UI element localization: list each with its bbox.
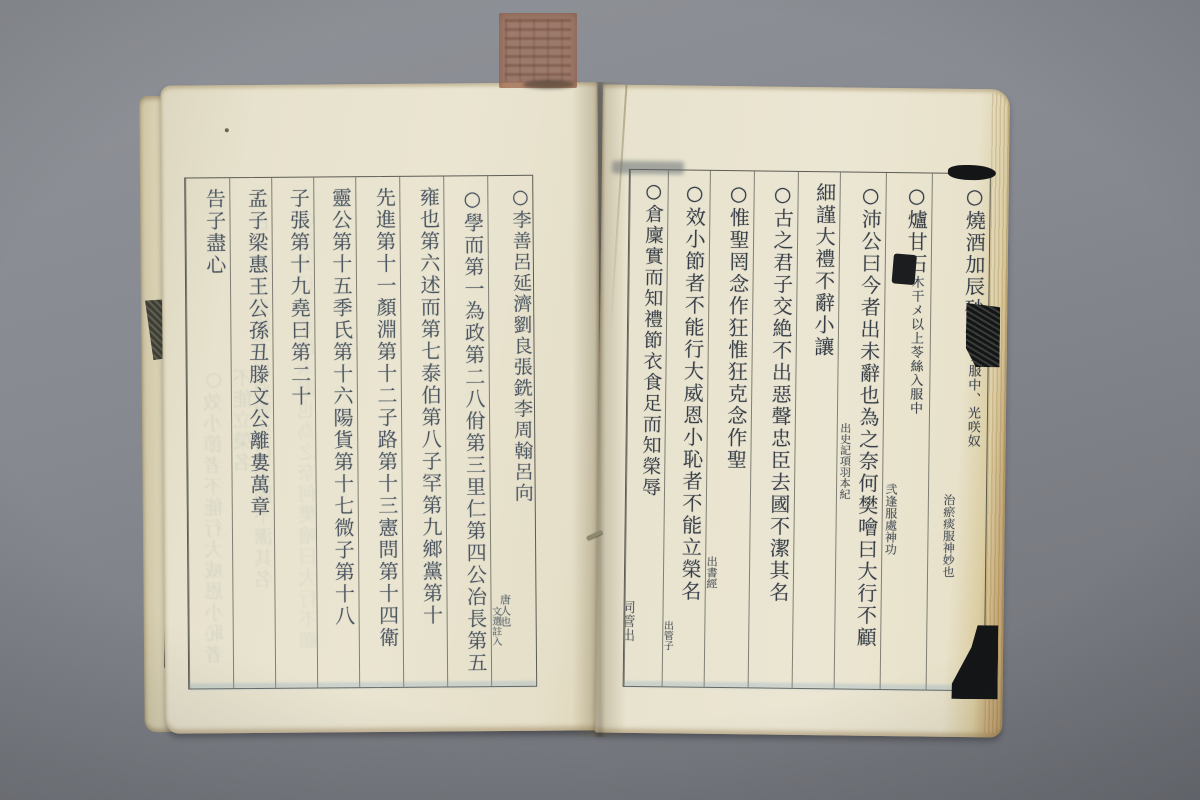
small-note: 出史記項羽本紀 [836,422,852,688]
left-text-frame: ○古之君子交絶不出惡聲忠臣去國不潔其名 ○沛公曰今者出未辭也為之奈何樊噲曰大行不… [184,175,537,690]
ink-smudge [612,161,684,175]
small-note: 同管出 [624,600,634,686]
column-text: 靈公第十五季氏第十六陽貨第十七微子第十八 [328,187,355,627]
text-column: ○效小節者不能行大威恩小恥者不能立榮名 出管子 [662,170,711,686]
column-text: ○倉廩實而知禮節衣食足而知榮辱 [639,180,665,498]
column-text: ○惟聖罔念作狂惟狂克念作聖 [723,181,751,471]
column-text: 告子盡心 [202,188,227,276]
tag-smudge [523,80,575,89]
inline-note: 服中、光咲奴 [965,364,981,448]
column-text: ○學而第一為政第二八佾第三里仁第四公冶長第五 [460,186,488,674]
text-column: 子張第十九堯曰第二十 [271,178,318,688]
column-text: 孟子梁惠王公孫丑滕文公離婁萬章 [244,188,271,518]
paper-label-tag [499,13,577,88]
text-column: 靈公第十五季氏第十六陽貨第十七微子第十八 [313,177,360,687]
paper-crease [609,85,627,335]
photograph-of-open-manuscript-book: ○古之君子交絶不出惡聲忠臣去國不潔其名 ○沛公曰今者出未辭也為之奈何樊噲曰大行不… [0,0,1200,800]
text-column: ○燒酒加辰砂少〻服中、光咲奴 治瘀痰服神妙也 [926,174,991,691]
column-text: 子張第十九堯曰第二十 [286,188,312,408]
ink-blot [892,253,917,285]
small-note: 弐逢服處神功 [882,483,898,689]
ink-blob-on-frame [948,165,996,181]
small-note: 唐人也 [499,594,511,686]
left-page: ○古之君子交絶不出惡聲忠臣去國不潔其名 ○沛公曰今者出未辭也為之奈何樊噲曰大行不… [160,82,602,733]
right-text-frame: ○燒酒加辰砂少〻服中、光咲奴 治瘀痰服神妙也 ○爐甘石木干メ以上苓絲入服中 弐逢… [623,169,991,691]
text-column: 細謹大禮不辭小讓 [792,172,841,688]
text-column: 雍也第六述而第七泰伯第八子罕第九鄉黨第十 [399,177,448,687]
text-column: ○古之君子交絶不出惡聲忠臣去國不潔其名 [748,171,799,688]
text-column: ○惟聖罔念作狂惟狂克念作聖 出書經 [704,171,755,688]
text-column: 先進第十一顏淵第十二子路第十三憲問第十四衛 [355,177,404,687]
column-text: ○效小節者不能行大威恩小恥者不能立榮名 [678,181,707,603]
inline-note: 木干メ以上苓絲入服中 [907,275,924,415]
small-note: 出管子 [662,620,674,686]
column-text: ○沛公曰今者出未辭也為之奈何樊噲曰大行不顧 [853,183,883,649]
text-column: 孟子梁惠王公孫丑滕文公離婁萬章 [229,178,276,688]
text-column: ○沛公曰今者出未辭也為之奈何樊噲曰大行不顧 出史記項羽本紀 [834,172,887,689]
text-column: ○倉廩實而知禮節衣食足而知榮辱 同管出 [624,170,669,686]
column-text: ○李善呂延濟劉良張銑李周翰呂向 [509,186,533,504]
ink-speck [225,128,229,132]
text-column: ○李善呂延濟劉良張銑李周翰呂向 唐人也 文選註入 [487,176,537,686]
column-text: 雍也第六述而第七泰伯第八子罕第九鄉黨第十 [416,187,443,627]
text-column: ○爐甘石木干メ以上苓絲入服中 弐逢服處神功 [880,173,933,690]
column-text: 先進第十一顏淵第十二子路第十三憲問第十四衛 [372,187,400,649]
text-column: 告子盡心 [185,178,234,688]
column-text: 細謹大禮不辭小讓 [811,182,837,358]
small-note: 治瘀痰服神妙也 [940,494,955,690]
right-page: ○燒酒加辰砂少〻服中、光咲奴 治瘀痰服神妙也 ○爐甘石木干メ以上苓絲入服中 弐逢… [595,85,1010,738]
column-text: ○古之君子交絶不出惡聲忠臣去國不潔其名 [766,182,795,604]
text-column: ○學而第一為政第二八佾第三里仁第四公冶長第五 [443,176,492,686]
